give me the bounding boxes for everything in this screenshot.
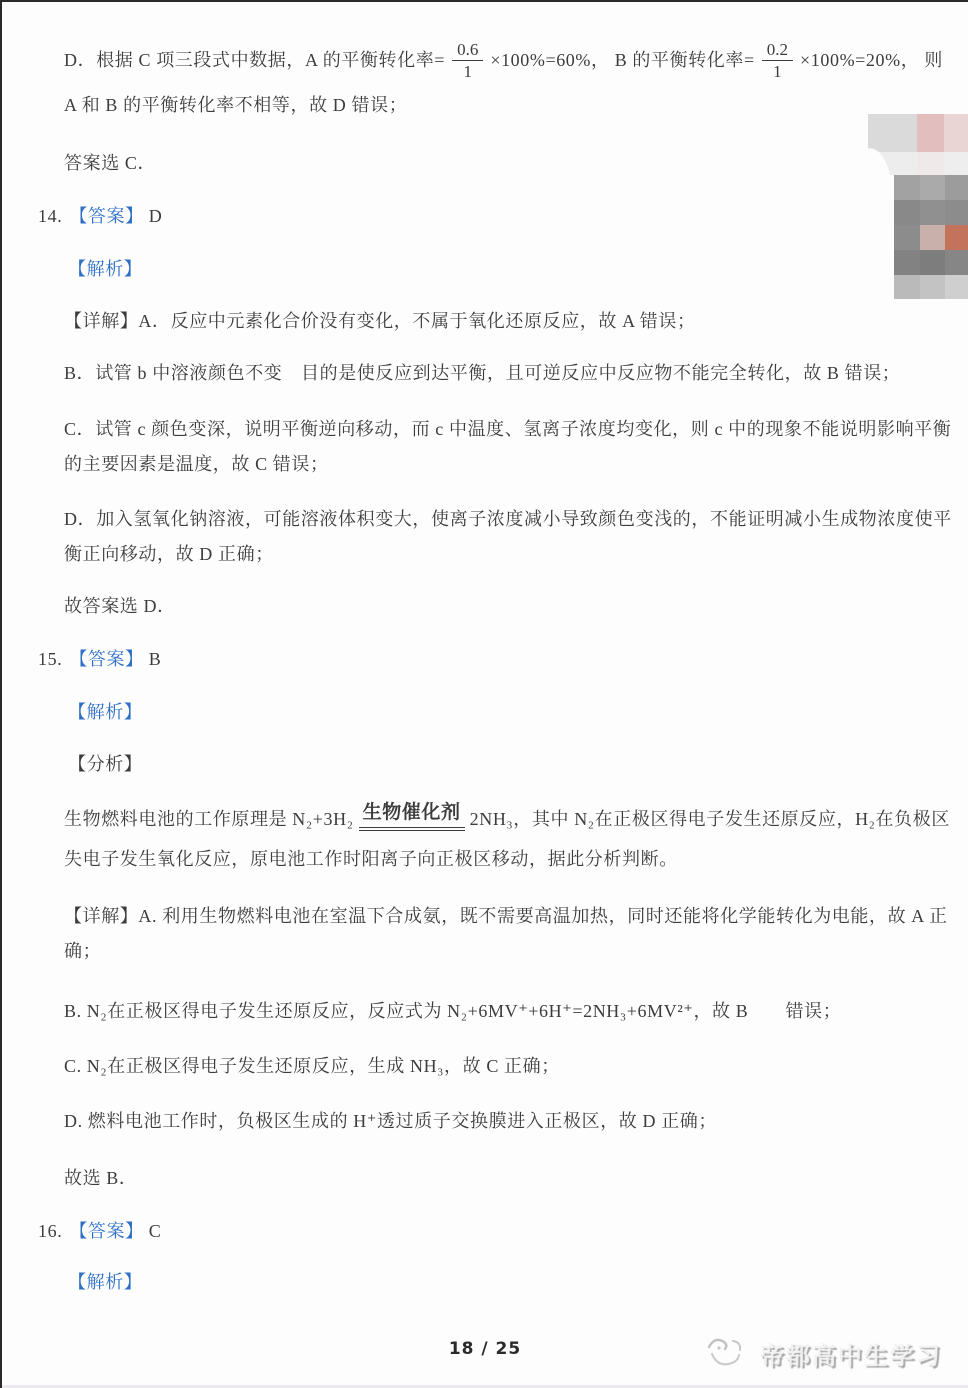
question-number: 15. xyxy=(38,649,62,669)
text-segment: 生物燃料电池的工作原理是 N₂+3H₂ xyxy=(64,808,354,831)
solution-line: 的主要因素是温度，故 C 错误； xyxy=(64,453,329,476)
solution-line: C．试管 c 颜色变深，说明平衡逆向移动，而 c 中温度、氢离子浓度均变化，则 … xyxy=(64,418,951,441)
text-segment: ×100%=60%， B 的平衡转化率= xyxy=(490,49,754,72)
fraction-numerator: 0.6 xyxy=(452,40,483,61)
answer-label: 【答案】 xyxy=(69,1221,143,1241)
answer-line-14: 14.【答案】D xyxy=(38,205,162,228)
answer-label: 【答案】 xyxy=(69,206,143,226)
solution-line: B. N₂在正极区得电子发生还原反应，反应式为 N₂+6MV⁺+6H⁺=2NH₃… xyxy=(64,1000,841,1023)
text-segment: 2NH₃，其中 N₂在正极区得电子发生还原反应，H₂在负极区 xyxy=(470,808,950,831)
solution-line-formula: D．根据 C 项三段式中数据，A 的平衡转化率= 0.61 ×100%=60%，… xyxy=(64,30,943,92)
solution-line-equation: 生物燃料电池的工作原理是 N₂+3H₂ 生物催化剂 2NH₃，其中 N₂在正极区… xyxy=(64,800,950,840)
solution-line: C. N₂在正极区得电子发生还原反应，生成 NH₃，故 C 正确； xyxy=(64,1055,560,1078)
answer-letter: C xyxy=(149,1221,162,1241)
scanned-answer-page: D．根据 C 项三段式中数据，A 的平衡转化率= 0.61 ×100%=60%，… xyxy=(0,0,968,1388)
text-segment: D．根据 C 项三段式中数据，A 的平衡转化率= xyxy=(64,49,445,72)
answer-label: 【答案】 xyxy=(69,649,143,669)
watermark-text: 帝都高中生学习 xyxy=(760,1336,942,1371)
censored-mosaic-block xyxy=(894,175,968,299)
question-number: 14. xyxy=(38,206,62,226)
watermark-logo-icon xyxy=(702,1332,748,1374)
jiexi-label: 【解析】 xyxy=(68,1271,142,1294)
solution-line: 【详解】A. 利用生物燃料电池在室温下合成氨，既不需要高温加热，同时还能将化学能… xyxy=(64,905,948,928)
paper-tear-highlight xyxy=(828,146,898,303)
fraction-numerator: 0.2 xyxy=(762,40,793,61)
fraction-denominator: 1 xyxy=(773,61,782,82)
question-number: 16. xyxy=(38,1221,62,1241)
text-segment: ×100%=20%， 则 xyxy=(800,49,943,72)
fraction: 0.61 xyxy=(452,40,483,81)
catalyst-over-arrow: 生物催化剂 xyxy=(359,801,465,831)
solution-line: 故选 B． xyxy=(64,1167,138,1190)
answer-line-16: 16.【答案】C xyxy=(38,1220,161,1243)
answer-line-15: 15.【答案】B xyxy=(38,648,161,671)
solution-line: A 和 B 的平衡转化率不相等，故 D 错误； xyxy=(64,94,407,117)
solution-line: B．试管 b 中溶液颜色不变 目的是使反应到达平衡，且可逆反应中反应物不能完全转… xyxy=(64,362,900,385)
solution-line: 答案选 C． xyxy=(64,152,156,175)
solution-line: 【详解】A．反应中元素化合价没有变化，不属于氧化还原反应，故 A 错误； xyxy=(64,310,696,333)
answer-letter: B xyxy=(149,649,162,669)
fraction: 0.21 xyxy=(762,40,793,81)
solution-line: 衡正向移动，故 D 正确； xyxy=(64,543,274,566)
solution-line: 确； xyxy=(64,940,101,963)
fraction-denominator: 1 xyxy=(463,61,472,82)
solution-line: 失电子发生氧化反应，原电池工作时阳离子向正极区移动，据此分析判断。 xyxy=(64,848,678,871)
jiexi-label: 【解析】 xyxy=(68,258,142,281)
solution-line: 故答案选 D． xyxy=(64,595,176,618)
answer-letter: D xyxy=(149,206,163,226)
solution-line: D. 燃料电池工作时，负极区生成的 H⁺透过质子交换膜进入正极区，故 D 正确； xyxy=(64,1110,717,1133)
solution-line: D．加入氢氧化钠溶液，可能溶液体积变大，使离子浓度减小导致颜色变浅的，不能证明减… xyxy=(64,508,952,531)
fenxi-label: 【分析】 xyxy=(68,753,142,776)
jiexi-label: 【解析】 xyxy=(68,701,142,724)
watermark: 帝都高中生学习 xyxy=(702,1332,942,1374)
